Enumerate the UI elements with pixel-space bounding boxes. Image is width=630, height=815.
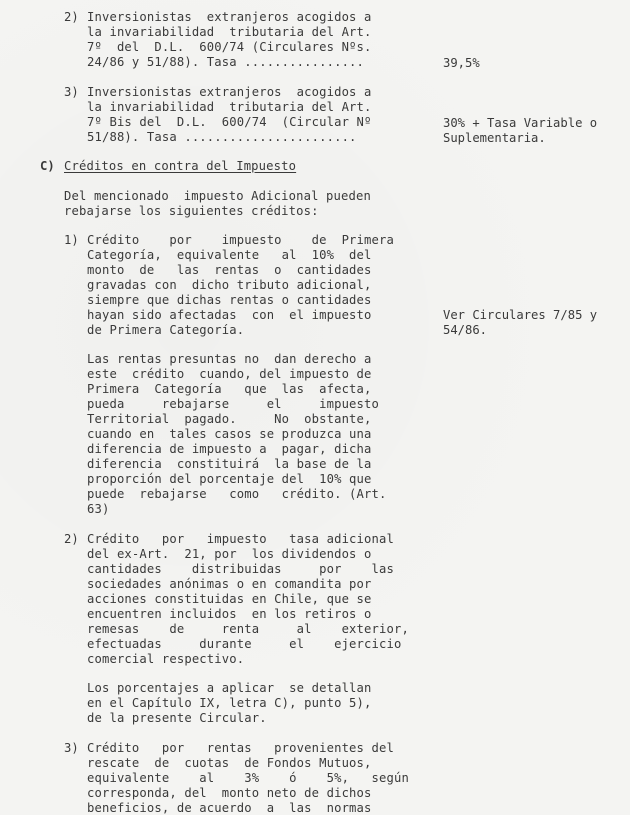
credit-text-line: Categoría, equivalente al 10% del (87, 248, 372, 263)
credit-number: 2) (64, 532, 79, 547)
item-text-line: la invariabilidad tributaria del Art. (87, 25, 372, 40)
credit-text-line: monto de las rentas o cantidades (87, 263, 372, 278)
paragraph-line: Las rentas presuntas no dan derecho a (87, 352, 372, 367)
credit-text-line: de Primera Categoría. (87, 323, 244, 338)
intro-text-line: rebajarse los siguientes créditos: (64, 204, 319, 219)
item-text-line: 51/88). Tasa ....................... (87, 130, 357, 145)
tax-rate-value: 30% + Tasa Variable o (443, 116, 597, 131)
item-text-line: Inversionistas extranjeros acogidos a (87, 10, 372, 25)
credit-text-line: Crédito por impuesto tasa adicional (87, 532, 394, 547)
paragraph-line: en el Capítulo IX, letra C), punto 5), (87, 696, 372, 711)
section-heading: Créditos en contra del Impuesto (64, 159, 296, 174)
credit-text-line: hayan sido afectadas con el impuesto (87, 308, 372, 323)
item-text-line: Inversionistas extranjeros acogidos a (87, 85, 372, 100)
credit-text-line: siempre que dichas rentas o cantidades (87, 293, 372, 308)
credit-text-line: acciones constituidas en Chile, que se (87, 592, 372, 607)
paragraph-line: diferencia de impuesto a pagar, dicha (87, 442, 372, 457)
paragraph-line: cuando en tales casos se produzca una (87, 427, 372, 442)
reference-note: 54/86. (443, 323, 487, 338)
credit-text-line: Crédito por rentas provenientes del (87, 741, 394, 756)
paragraph-line: este crédito cuando, del impuesto de (87, 367, 372, 382)
tax-rate-value: Suplementaria. (443, 131, 546, 146)
credit-text-line: remesas de renta al exterior, (87, 622, 409, 637)
paragraph-line: Territorial pagado. No obstante, (87, 412, 372, 427)
credit-text-line: encuentren incluidos en los retiros o (87, 607, 372, 622)
credit-number: 3) (64, 741, 79, 756)
credit-text-line: equivalente al 3% ó 5%, según (87, 771, 409, 786)
credit-text-line: rescate de cuotas de Fondos Mutuos, (87, 756, 372, 771)
item-text-line: 7º Bis del D.L. 600/74 (Circular Nº (87, 115, 372, 130)
reference-note: Ver Circulares 7/85 y (443, 308, 597, 323)
credit-text-line: efectuadas durante el ejercicio (87, 637, 401, 652)
item-text-line: la invariabilidad tributaria del Art. (87, 100, 372, 115)
credit-text-line: gravadas con dicho tributo adicional, (87, 278, 372, 293)
paragraph-line: Primera Categoría que las afecta, (87, 382, 372, 397)
credit-text-line: beneficios, de acuerdo a las normas (87, 801, 372, 815)
item-text-line: 24/86 y 51/88). Tasa ................ (87, 55, 364, 70)
paragraph-line: 63) (87, 502, 109, 517)
credit-text-line: cantidades distribuidas por las (87, 562, 394, 577)
credit-number: 1) (64, 233, 79, 248)
paragraph-line: pueda rebajarse el impuesto (87, 397, 379, 412)
item-text-line: 7º del D.L. 600/74 (Circulares Nºs. (87, 40, 372, 55)
tax-rate-value: 39,5% (443, 56, 480, 71)
paragraph-line: proporción del porcentaje del 10% que (87, 472, 372, 487)
paragraph-line: puede rebajarse como crédito. (Art. (87, 487, 387, 502)
item-number: 2) (64, 10, 79, 25)
credit-text-line: sociedades anónimas o en comandita por (87, 577, 372, 592)
paragraph-line: Los porcentajes a aplicar se detallan (87, 681, 372, 696)
credit-text-line: comercial respectivo. (87, 652, 244, 667)
credit-text-line: del ex-Art. 21, por los dividendos o (87, 547, 372, 562)
section-letter: C) (40, 159, 55, 174)
paragraph-line: de la presente Circular. (87, 711, 267, 726)
paragraph-line: diferencia constituirá la base de la (87, 457, 372, 472)
item-number: 3) (64, 85, 79, 100)
credit-text-line: corresponda, del monto neto de dichos (87, 786, 372, 801)
document-page: 2) Inversionistas extranjeros acogidos a… (0, 0, 630, 815)
intro-text-line: Del mencionado impuesto Adicional pueden (64, 189, 371, 204)
credit-text-line: Crédito por impuesto de Primera (87, 233, 394, 248)
